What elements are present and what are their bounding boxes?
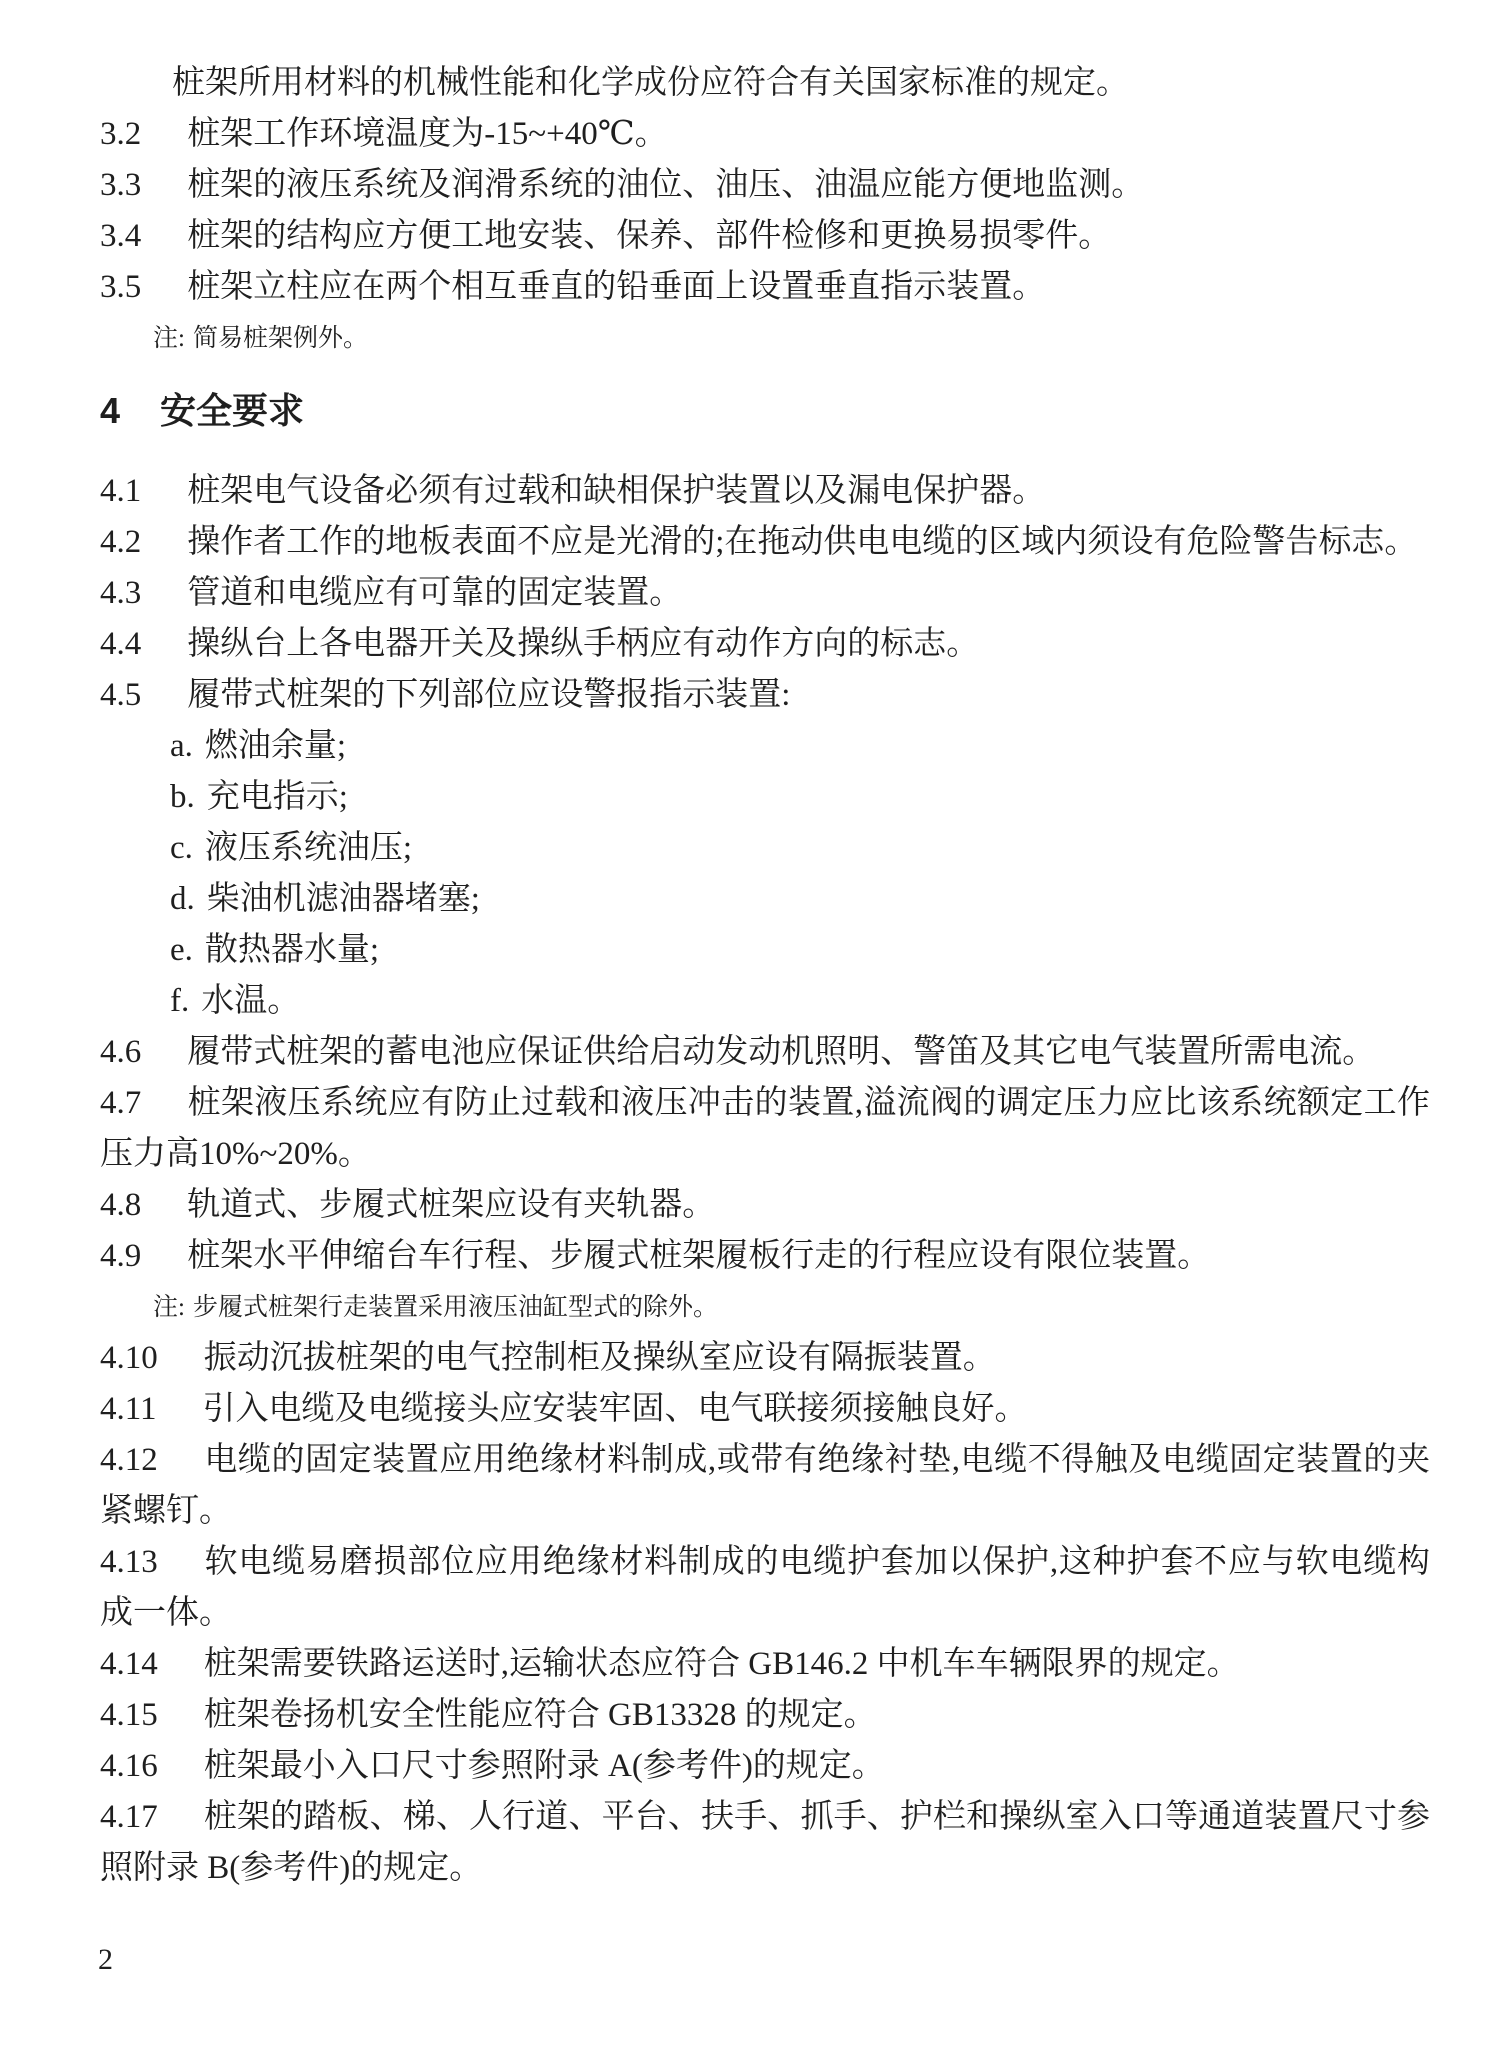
list-item-text: 燃油余量; [205,728,346,764]
clause: 3.3桩架的液压系统及润滑系统的油位、油压、油温应能方便地监测。 [100,160,1430,211]
clause-text: 桩架水平伸缩台车行程、步履式桩架履板行走的行程应设有限位装置。 [187,1238,1210,1274]
clause: 3.4桩架的结构应方便工地安装、保养、部件检修和更换易损零件。 [100,211,1430,262]
list-item-text: 充电指示; [207,779,348,815]
clause-number: 3.3 [100,167,141,203]
clause-number: 4.11 [100,1391,157,1427]
note-line: 注:步履式桩架行走装置采用液压油缸型式的除外。 [153,1282,1430,1333]
clause-number: 4.1 [100,473,141,509]
clause-text: 桩架的踏板、梯、人行道、平台、扶手、抓手、护栏和操纵室入口等通道装置尺寸参照附录… [100,1799,1430,1886]
clause-number: 3.5 [100,269,141,305]
document-blocks: 桩架所用材料的机械性能和化学成份应符合有关国家标准的规定。3.2桩架工作环境温度… [100,58,1430,1894]
note-line-text: 步履式桩架行走装置采用液压油缸型式的除外。 [193,1294,718,1321]
clause-text: 桩架电气设备必须有过载和缺相保护装置以及漏电保护器。 [187,473,1045,509]
clause: 4.13软电缆易磨损部位应用绝缘材料制成的电缆护套加以保护,这种护套不应与软电缆… [100,1537,1430,1639]
paragraph: 桩架所用材料的机械性能和化学成份应符合有关国家标准的规定。 [100,58,1430,109]
clause-number: 4.7 [100,1085,141,1121]
clause-number: 4.13 [100,1544,158,1580]
clause-text: 桩架最小入口尺寸参照附录 A(参考件)的规定。 [204,1748,885,1784]
clause: 4.8轨道式、步履式桩架应设有夹轨器。 [100,1180,1430,1231]
clause-number: 4.17 [100,1799,158,1835]
note-line: 注:简易桩架例外。 [153,313,1430,364]
clause-text: 振动沉拔桩架的电气控制柜及操纵室应设有隔振装置。 [204,1340,996,1376]
section-heading: 4安全要求 [100,385,1430,436]
clause: 4.10振动沉拔桩架的电气控制柜及操纵室应设有隔振装置。 [100,1333,1430,1384]
clause-text: 桩架立柱应在两个相互垂直的铅垂面上设置垂直指示装置。 [187,269,1045,305]
clause: 4.6履带式桩架的蓄电池应保证供给启动发动机照明、警笛及其它电气装置所需电流。 [100,1027,1430,1078]
clause-text: 桩架工作环境温度为-15~+40℃。 [187,116,667,152]
list-item: b.充电指示; [170,772,1430,823]
clause-text: 桩架卷扬机安全性能应符合 GB13328 的规定。 [204,1697,877,1733]
document-page: 桩架所用材料的机械性能和化学成份应符合有关国家标准的规定。3.2桩架工作环境温度… [0,0,1512,2048]
clause: 3.2桩架工作环境温度为-15~+40℃。 [100,109,1430,160]
clause-number: 4.4 [100,626,141,662]
clause-text: 轨道式、步履式桩架应设有夹轨器。 [187,1187,715,1223]
clause: 4.11引入电缆及电缆接头应安装牢固、电气联接须接触良好。 [100,1384,1430,1435]
list-item-text: 水温。 [201,983,300,1019]
list-letter: f. [170,983,189,1019]
clause-text: 管道和电缆应有可靠的固定装置。 [187,575,682,611]
clause-number: 4.6 [100,1034,141,1070]
note-line-text: 简易桩架例外。 [193,325,368,352]
clause-text: 操纵台上各电器开关及操纵手柄应有动作方向的标志。 [187,626,979,662]
clause-text: 电缆的固定装置应用绝缘材料制成,或带有绝缘衬垫,电缆不得触及电缆固定装置的夹紧螺… [100,1442,1430,1529]
clause: 4.15桩架卷扬机安全性能应符合 GB13328 的规定。 [100,1690,1430,1741]
list-item: d.柴油机滤油器堵塞; [170,874,1430,925]
clause-number: 3.2 [100,116,141,152]
clause-text: 桩架液压系统应有防止过载和液压冲击的装置,溢流阀的调定压力应比该系统额定工作压力… [100,1085,1430,1172]
clause-number: 4.10 [100,1340,158,1376]
clause: 3.5桩架立柱应在两个相互垂直的铅垂面上设置垂直指示装置。 [100,262,1430,313]
clause-text: 桩架需要铁路运送时,运输状态应符合 GB146.2 中机车车辆限界的规定。 [204,1646,1240,1682]
list-item: f.水温。 [170,976,1430,1027]
list-item: c.液压系统油压; [170,823,1430,874]
clause: 4.17桩架的踏板、梯、人行道、平台、扶手、抓手、护栏和操纵室入口等通道装置尺寸… [100,1792,1430,1894]
section-number: 4 [100,390,120,431]
clause-number: 4.8 [100,1187,141,1223]
list-letter: d. [170,881,195,917]
section-heading-text: 安全要求 [160,390,304,431]
clause-text: 引入电缆及电缆接头应安装牢固、电气联接须接触良好。 [203,1391,1028,1427]
clause: 4.7桩架液压系统应有防止过载和液压冲击的装置,溢流阀的调定压力应比该系统额定工… [100,1078,1430,1180]
clause: 4.1桩架电气设备必须有过载和缺相保护装置以及漏电保护器。 [100,466,1430,517]
clause: 4.5履带式桩架的下列部位应设警报指示装置: [100,670,1430,721]
list-letter: b. [170,779,195,815]
clause: 4.14桩架需要铁路运送时,运输状态应符合 GB146.2 中机车车辆限界的规定… [100,1639,1430,1690]
clause-text: 桩架的液压系统及润滑系统的油位、油压、油温应能方便地监测。 [187,167,1144,203]
clause-number: 4.9 [100,1238,141,1274]
clause-number: 4.16 [100,1748,158,1784]
list-letter: c. [170,830,193,866]
clause: 4.2操作者工作的地板表面不应是光滑的;在拖动供电电缆的区域内须设有危险警告标志… [100,517,1430,568]
paragraph-text: 桩架所用材料的机械性能和化学成份应符合有关国家标准的规定。 [172,65,1129,101]
clause: 4.16桩架最小入口尺寸参照附录 A(参考件)的规定。 [100,1741,1430,1792]
note-label: 注: [153,325,185,352]
clause-text: 履带式桩架的下列部位应设警报指示装置: [187,677,790,713]
clause-number: 4.15 [100,1697,158,1733]
clause-number: 4.14 [100,1646,158,1682]
clause-number: 3.4 [100,218,141,254]
note-label: 注: [153,1294,185,1321]
clause: 4.4操纵台上各电器开关及操纵手柄应有动作方向的标志。 [100,619,1430,670]
list-item-text: 液压系统油压; [205,830,412,866]
clause: 4.12电缆的固定装置应用绝缘材料制成,或带有绝缘衬垫,电缆不得触及电缆固定装置… [100,1435,1430,1537]
clause-number: 4.3 [100,575,141,611]
clause-number: 4.5 [100,677,141,713]
list-item-text: 散热器水量; [205,932,379,968]
list-letter: e. [170,932,193,968]
list-item-text: 柴油机滤油器堵塞; [207,881,480,917]
clause-text: 操作者工作的地板表面不应是光滑的;在拖动供电电缆的区域内须设有危险警告标志。 [187,524,1417,560]
clause-text: 履带式桩架的蓄电池应保证供给启动发动机照明、警笛及其它电气装置所需电流。 [187,1034,1375,1070]
clause: 4.3管道和电缆应有可靠的固定装置。 [100,568,1430,619]
clause-text: 软电缆易磨损部位应用绝缘材料制成的电缆护套加以保护,这种护套不应与软电缆构成一体… [100,1544,1430,1631]
clause-number: 4.12 [100,1442,158,1478]
list-item: a.燃油余量; [170,721,1430,772]
clause-number: 4.2 [100,524,141,560]
clause-text: 桩架的结构应方便工地安装、保养、部件检修和更换易损零件。 [187,218,1111,254]
list-item: e.散热器水量; [170,925,1430,976]
page-number: 2 [98,1942,113,1978]
list-letter: a. [170,728,193,764]
clause: 4.9桩架水平伸缩台车行程、步履式桩架履板行走的行程应设有限位装置。 [100,1231,1430,1282]
